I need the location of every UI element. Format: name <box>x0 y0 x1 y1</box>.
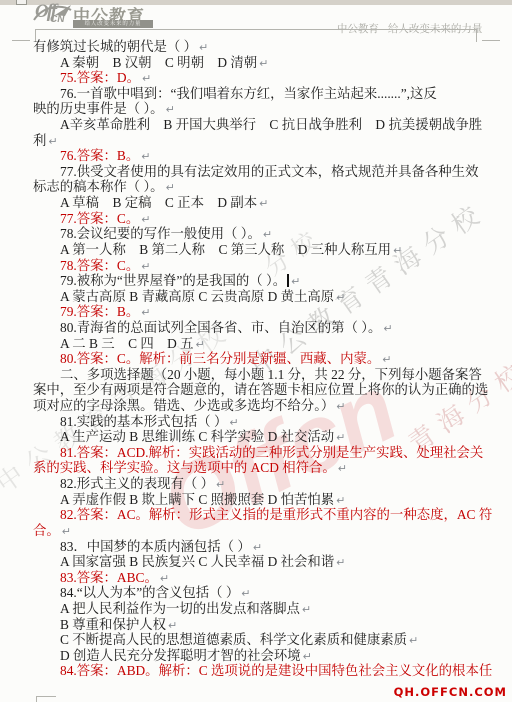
text-boundary-mark-top-right <box>482 40 500 41</box>
text-boundary-mark-bottom-left-h <box>36 696 56 697</box>
offcn-logo: Off CN 中公教育 给人改变未来的力量 <box>33 2 163 28</box>
logo-tagline-banner: 给人改变未来的力量 <box>73 20 153 28</box>
paragraph-mark-icon: ↵ <box>336 431 345 444</box>
line-text: 84.答案：ABD。解析：C 选项说的是建设中国特色社会主义文化的根本任 <box>60 663 492 678</box>
answer-line[interactable]: 78.答案：C。↵ <box>33 258 479 274</box>
line-text: 82.形式主义的表现有（ ） <box>60 476 214 491</box>
document-line[interactable]: 映的历史事件是（ ）。↵ <box>33 101 479 117</box>
document-line[interactable]: A 第一人称 B 第二人称 C 第三人称 D 三种人称互用↵ <box>33 242 479 258</box>
text-cursor <box>287 274 289 287</box>
line-text: D 创造人民充分发挥聪明才智的社会环境 <box>60 648 301 663</box>
answer-line[interactable]: 82.答案：AC。解析：形式主义指的是重形式不重内容的一种态度，AC 符 <box>33 507 479 523</box>
document-line[interactable]: A 蒙古高原 B 青藏高原 C 云贵高原 D 黄土高原↵ <box>33 289 479 305</box>
document-line[interactable]: 80.青海省的总面试列全国各省、市、自治区的第（ ）。↵ <box>33 320 479 336</box>
paragraph-mark-icon: ↵ <box>168 619 177 632</box>
paragraph-mark-icon: ↵ <box>409 634 418 647</box>
document-line[interactable]: 利↵ <box>33 133 479 149</box>
line-text: A辛亥革命胜利 B 开国大典举行 C 抗日战争胜利 D 抗美援朝战争胜 <box>60 117 482 132</box>
line-text: 79.答案：B。 <box>60 304 139 319</box>
line-text: 77.供受文者使用的具有法定效用的正式文本，格式规范并具备各种生效 <box>60 164 478 179</box>
line-text: 77.答案：C。 <box>60 211 139 226</box>
paragraph-mark-icon: ↵ <box>382 353 391 366</box>
document-line[interactable]: A 国家富强 B 民族复兴 C 人民幸福 D 社会和谐↵ <box>33 554 479 570</box>
line-text: 映的历史事件是（ ）。 <box>33 101 164 116</box>
document-line[interactable]: A 秦朝 B 汉朝 C 明朝 D 清朝↵ <box>33 55 479 71</box>
paragraph-mark-icon: ↵ <box>336 556 345 569</box>
line-text: A 把人民利益作为一切的出发点和落脚点 <box>60 601 300 616</box>
answer-line[interactable]: 合。↵ <box>33 523 479 539</box>
paragraph-mark-icon: ↵ <box>141 306 150 319</box>
paragraph-mark-icon: ↵ <box>141 260 150 273</box>
line-text: 81.答案：ACD.解析：实践活动的三种形式分别是生产实践、处理社会关 <box>60 445 483 460</box>
header-rule <box>35 29 477 30</box>
document-line[interactable]: 76.一首歌中唱到：“我们唱着东方红，当家作主站起来.......”,这反 <box>33 86 479 102</box>
document-line[interactable]: A 生产运动 B 思维训练 C 科学实验 D 社交活动↵ <box>33 429 479 445</box>
line-text: 76.答案：B。 <box>60 148 139 163</box>
paragraph-mark-icon: ↵ <box>336 494 345 507</box>
document-line[interactable]: C 不断提高人民的思想道德素质、科学文化素质和健康素质↵ <box>33 632 479 648</box>
paragraph-mark-icon: ↵ <box>302 603 311 616</box>
line-text: 84.“以人为本”的含义包括（ ） <box>60 585 239 600</box>
document-line[interactable]: 标志的稿本称作（ ）。↵ <box>33 179 479 195</box>
paragraph-mark-icon: ↵ <box>166 181 175 194</box>
document-line[interactable]: A 弄虚作假 B 欺上瞒下 C 照搬照套 D 怕苦怕累↵ <box>33 492 479 508</box>
answer-line[interactable]: 系的实践、科学实验。这与选项中的 ACD 相符合。↵ <box>33 460 479 476</box>
paragraph-mark-icon: ↵ <box>196 338 205 351</box>
paragraph-mark-icon: ↵ <box>383 322 392 335</box>
answer-line[interactable]: 75.答案：D。↵ <box>33 70 479 86</box>
answer-line[interactable]: 81.答案：ACD.解析：实践活动的三种形式分别是生产实践、处理社会关 <box>33 445 479 461</box>
document-line[interactable]: 项对应的字母涂黑。错选、少选或多选均不给分。）↵ <box>33 398 479 414</box>
document-line[interactable]: A辛亥革命胜利 B 开国大典举行 C 抗日战争胜利 D 抗美援朝战争胜 <box>33 117 479 133</box>
line-text: 75.答案：D。 <box>60 70 140 85</box>
text-boundary-mark-top-left <box>12 40 30 41</box>
document-line[interactable]: 77.供受文者使用的具有法定效用的正式文本，格式规范并具备各种生效 <box>33 164 479 180</box>
line-text: 利 <box>33 133 46 148</box>
text-boundary-mark-bottom-left-v <box>36 696 37 702</box>
answer-line[interactable]: 76.答案：B。↵ <box>33 148 479 164</box>
paragraph-mark-icon: ↵ <box>141 150 150 163</box>
document-line[interactable]: 81.实践的基本形式包括（ ）↵ <box>33 414 479 430</box>
line-text: C 不断提高人民的思想道德素质、科学文化素质和健康素质 <box>60 632 407 647</box>
paragraph-mark-icon: ↵ <box>338 462 347 475</box>
line-text: 合。 <box>33 523 60 538</box>
document-line[interactable]: A 草稿 B 定稿 C 正本 D 副本↵ <box>33 195 479 211</box>
line-text: 79.被称为“世界屋脊”的是我国的（ ）。 <box>60 273 286 288</box>
paragraph-mark-icon: ↵ <box>48 135 57 148</box>
paragraph-mark-icon: ↵ <box>393 244 402 257</box>
line-text: 80.答案：C。解析：前三名分别是新疆、西藏、内蒙。 <box>60 351 380 366</box>
line-text: A 蒙古高原 B 青藏高原 C 云贵高原 D 黄土高原 <box>60 289 334 304</box>
answer-line[interactable]: 79.答案：B。↵ <box>33 304 479 320</box>
line-text: 项对应的字母涂黑。错选、少选或多选均不给分。） <box>33 398 334 413</box>
document-line[interactable]: 79.被称为“世界屋脊”的是我国的（ ）。↵ <box>33 273 479 289</box>
answer-line[interactable]: 83.答案：ABC。↵ <box>33 570 479 586</box>
paragraph-mark-icon: ↵ <box>216 478 225 491</box>
document-line[interactable]: 83．中国梦的本质内涵包括（ ）↵ <box>33 539 479 555</box>
line-text: 83.答案：ABC。 <box>60 570 158 585</box>
line-text: A 国家富强 B 民族复兴 C 人民幸福 D 社会和谐 <box>60 554 334 569</box>
paragraph-mark-icon: ↵ <box>166 103 175 116</box>
header-slogan: 中公教育给人改变未来的力量 <box>331 9 482 36</box>
line-text: 81.实践的基本形式包括（ ） <box>60 414 227 429</box>
answer-line[interactable]: 84.答案：ABD。解析：C 选项说的是建设中国特色社会主义文化的根本任 <box>33 663 479 679</box>
document-line[interactable]: 78.会议纪要的写作一般使用（ ）。↵ <box>33 226 479 242</box>
line-text: A 草稿 B 定稿 C 正本 D 副本 <box>60 195 257 210</box>
document-line[interactable]: A 把人民利益作为一切的出发点和落脚点↵ <box>33 601 479 617</box>
line-text: 83．中国梦的本质内涵包括（ ） <box>60 539 251 554</box>
paragraph-mark-icon: ↵ <box>241 587 250 600</box>
line-text: 二、多项选择题（20 小题，每小题 1.1 分，共 22 分，下列每小题备案答 <box>60 367 482 382</box>
line-text: A 生产运动 B 思维训练 C 科学实验 D 社交活动 <box>60 429 334 444</box>
logo-cn-text: CN <box>50 14 64 25</box>
line-text: 标志的稿本称作（ ）。 <box>33 179 164 194</box>
line-text: 78.答案：C。 <box>60 258 139 273</box>
line-text: B 尊重和保护人权 <box>60 617 166 632</box>
paragraph-mark-icon: ↵ <box>199 41 208 54</box>
document-line[interactable]: 82.形式主义的表现有（ ）↵ <box>33 476 479 492</box>
document-body[interactable]: 有修筑过长城的朝代是（ ）↵A 秦朝 B 汉朝 C 明朝 D 清朝↵75.答案：… <box>33 39 479 679</box>
paragraph-mark-icon: ↵ <box>291 275 300 288</box>
footer-site-text: QH.OFFCN.COM <box>394 685 507 699</box>
document-line[interactable]: 84.“以人为本”的含义包括（ ）↵ <box>33 585 479 601</box>
paragraph-mark-icon: ↵ <box>142 72 151 85</box>
line-text: 有修筑过长城的朝代是（ ） <box>33 39 197 54</box>
paragraph-mark-icon: ↵ <box>336 400 345 413</box>
table-handle-icon <box>16 0 27 5</box>
document-line[interactable]: 案中，至少有两项是符合题意的，请在答题卡相应位置上将你的认为正确的选 <box>33 382 479 398</box>
line-text: 76.一首歌中唱到：“我们唱着东方红，当家作主站起来.......”,这反 <box>60 86 437 101</box>
answer-line[interactable]: 77.答案：C。↵ <box>33 211 479 227</box>
line-text: 案中，至少有两项是符合题意的，请在答题卡相应位置上将你的认为正确的选 <box>33 382 488 397</box>
document-line[interactable]: 有修筑过长城的朝代是（ ）↵ <box>33 39 479 55</box>
paragraph-mark-icon: ↵ <box>62 525 71 538</box>
line-text: A 弄虚作假 B 欺上瞒下 C 照搬照套 D 怕苦怕累 <box>60 492 334 507</box>
paragraph-mark-icon: ↵ <box>259 197 268 210</box>
document-line[interactable]: B 尊重和保护人权↵ <box>33 617 479 633</box>
line-text: A 第一人称 B 第二人称 C 第三人称 D 三种人称互用 <box>60 242 391 257</box>
paragraph-mark-icon: ↵ <box>263 228 272 241</box>
paragraph-mark-icon: ↵ <box>229 416 238 429</box>
paragraph-mark-icon: ↵ <box>160 572 169 585</box>
paragraph-mark-icon: ↵ <box>336 291 345 304</box>
line-text: 78.会议纪要的写作一般使用（ ）。 <box>60 226 261 241</box>
document-line[interactable]: A 二 B 三 C 四 D 五↵ <box>33 336 479 352</box>
line-text: 82.答案：AC。解析：形式主义指的是重形式不重内容的一种态度，AC 符 <box>60 507 492 522</box>
paragraph-mark-icon: ↵ <box>259 57 268 70</box>
line-text: A 秦朝 B 汉朝 C 明朝 D 清朝 <box>60 55 257 70</box>
document-line[interactable]: 二、多项选择题（20 小题，每小题 1.1 分，共 22 分，下列每小题备案答 <box>33 367 479 383</box>
line-text: A 二 B 三 C 四 D 五 <box>60 336 194 351</box>
line-text: 80.青海省的总面试列全国各省、市、自治区的第（ ）。 <box>60 320 381 335</box>
paragraph-mark-icon: ↵ <box>253 541 262 554</box>
logo-tagline-text: 给人改变未来的力量 <box>77 20 149 27</box>
paragraph-mark-icon: ↵ <box>141 213 150 226</box>
document-line[interactable]: D 创造人民充分发挥聪明才智的社会环境↵ <box>33 648 479 664</box>
answer-line[interactable]: 80.答案：C。解析：前三名分别是新疆、西藏、内蒙。↵ <box>33 351 479 367</box>
paragraph-mark-icon: ↵ <box>303 650 312 663</box>
line-text: 系的实践、科学实验。这与选项中的 ACD 相符合。 <box>33 460 336 475</box>
